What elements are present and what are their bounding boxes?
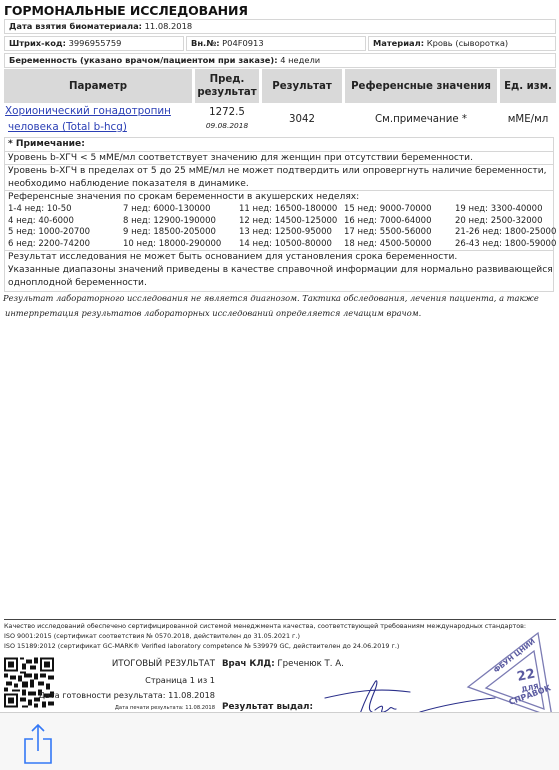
disclaimer: Результат лабораторного исследования не … — [3, 291, 539, 321]
print-date: Дата печати результата: 11.08.2018 — [115, 705, 215, 711]
reference-value: 6 нед: 2200-74200 — [8, 239, 123, 251]
reference-value: 5 нед: 1000-20700 — [8, 227, 123, 239]
lab-report-page: ГОРМОНАЛЬНЫЕ ИССЛЕДОВАНИЯ Дата взятия би… — [0, 0, 559, 712]
material-value: Кровь (сыворотка) — [427, 38, 508, 48]
doctor-name: Греченюк Т. А. — [277, 659, 343, 669]
note-line-1: Уровень b-ХГЧ < 5 мМЕ/мл соответствует з… — [4, 152, 554, 166]
reference-grid: 1-4 нед: 10-507 нед: 6000-13000011 нед: … — [8, 204, 553, 250]
internal-no-value: P04F0913 — [222, 38, 263, 48]
reference-value: 10 нед: 18000-290000 — [123, 239, 239, 251]
final-result-label: ИТОГОВЫЙ РЕЗУЛЬТАТ — [112, 659, 215, 669]
footer-divider — [4, 619, 556, 620]
reference-value: 20 нед: 2500-32000 — [455, 216, 555, 228]
certification-text: Качество исследований обеспечено сертифи… — [4, 621, 526, 651]
section-title: ГОРМОНАЛЬНЫЕ ИССЛЕДОВАНИЯ — [4, 3, 248, 18]
barcode-value: 3996955759 — [69, 38, 122, 48]
reference-value: 7 нед: 6000-130000 — [123, 204, 239, 216]
pregnancy-value: 4 недели — [280, 55, 320, 65]
reference-value: 11 нед: 16500-180000 — [239, 204, 344, 216]
ready-date: Дата готовности результата: 11.08.2018 — [38, 690, 215, 700]
note-title: * Примечание: — [4, 137, 554, 152]
stamp-number: 22 — [516, 666, 537, 684]
sample-date-value: 11.08.2018 — [145, 21, 193, 31]
reference-value: 19 нед: 3300-40000 — [455, 204, 555, 216]
header-unit: Ед. изм. — [500, 69, 556, 103]
material-box: Материал: Кровь (сыворотка) — [368, 36, 556, 51]
reference-value: 4 нед: 40-6000 — [8, 216, 123, 228]
pregnancy-label: Беременность (указано врачом/пациентом п… — [9, 55, 278, 65]
result-cell: 3042 — [262, 103, 342, 135]
note-line-3: Результат исследования не может быть осн… — [4, 251, 554, 292]
prev-result-value: 1272.5 — [209, 106, 245, 120]
reference-value: 16 нед: 7000-64000 — [344, 216, 455, 228]
note-line-2: Уровень b-ХГЧ в пределах от 5 до 25 мМЕ/… — [4, 165, 554, 191]
reference-value: 9 нед: 18500-205000 — [123, 227, 239, 239]
note-section: * Примечание: Уровень b-ХГЧ < 5 мМЕ/мл с… — [4, 137, 554, 292]
reference-value: 17 нед: 5500-56000 — [344, 227, 455, 239]
doctor: Врач КЛД: Греченюк Т. А. — [222, 659, 344, 669]
reference-value: 1-4 нед: 10-50 — [8, 204, 123, 216]
page-counter: Страница 1 из 1 — [145, 675, 215, 685]
header-prev-result: Пред. результат — [195, 69, 259, 103]
reference-value: 14 нед: 10500-80000 — [239, 239, 344, 251]
bottom-toolbar — [0, 712, 559, 770]
material-label: Материал: — [373, 38, 424, 48]
barcode-box: Штрих-код: 3996955759 — [4, 36, 184, 51]
prev-result-date: 09.08.2018 — [206, 120, 248, 132]
prev-result-cell: 1272.5 09.08.2018 — [195, 103, 259, 135]
reference-value: 13 нед: 12500-95000 — [239, 227, 344, 239]
header-param: Параметр — [4, 69, 192, 103]
header-result: Результат — [262, 69, 342, 103]
internal-no-label: Вн.№: — [191, 38, 220, 48]
internal-no-box: Вн.№: P04F0913 — [186, 36, 366, 51]
reference-value: 15 нед: 9000-70000 — [344, 204, 455, 216]
param-link-hcg[interactable]: Хорионический гонадотропин человека (Tot… — [5, 103, 171, 135]
reference-by-week: Референсные значения по срокам беременно… — [4, 191, 554, 251]
doctor-label: Врач КЛД: — [222, 659, 275, 669]
share-button[interactable] — [22, 723, 54, 765]
unit-cell: мМЕ/мл — [500, 103, 556, 135]
share-icon — [22, 723, 54, 765]
reference-value: 21-26 нед: 1800-25000 — [455, 227, 555, 239]
sample-date-box: Дата взятия биоматериала: 11.08.2018 — [4, 19, 556, 34]
reference-value: 26-43 нед: 1800-59000 — [455, 239, 555, 251]
qr-code — [4, 657, 54, 712]
reference-value: 8 нед: 12900-190000 — [123, 216, 239, 228]
clinic-stamp: ФБУН ЦНИИ 22 ДЛЯ СПРАВОК — [460, 625, 559, 712]
header-reference: Референсные значения — [345, 69, 497, 103]
reference-cell: См.примечание * — [345, 103, 497, 135]
pregnancy-box: Беременность (указано врачом/пациентом п… — [4, 53, 556, 68]
issued-by-label: Результат выдал: — [222, 702, 313, 712]
barcode-label: Штрих-код: — [9, 38, 66, 48]
reference-title: Референсные значения по срокам беременно… — [8, 191, 553, 204]
reference-value: 18 нед: 4500-50000 — [344, 239, 455, 251]
sample-date-label: Дата взятия биоматериала: — [9, 21, 142, 31]
reference-value: 12 нед: 14500-125000 — [239, 216, 344, 228]
